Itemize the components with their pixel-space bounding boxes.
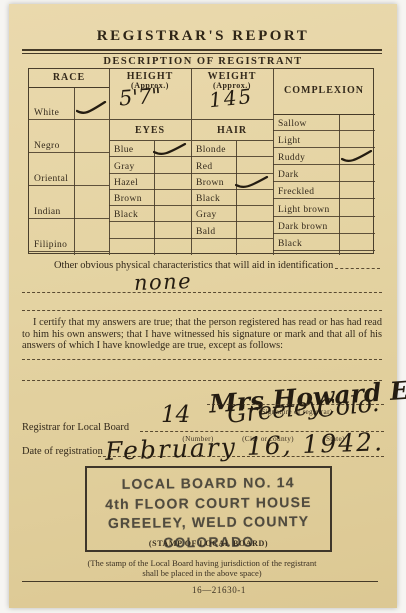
hair-label: Brown: [196, 178, 224, 188]
form-number: 16—21630-1: [39, 585, 399, 595]
board-state-handwriting: Colo.: [316, 389, 381, 423]
hair-row: Bald: [191, 222, 273, 238]
complexion-row: Ruddy: [273, 148, 375, 165]
complexion-row: Dark brown: [273, 217, 375, 234]
hair-label: Gray: [196, 210, 217, 220]
eyes-label: Black: [114, 210, 138, 220]
page-title: REGISTRAR'S REPORT: [9, 28, 397, 45]
hair-row: Brown: [191, 174, 273, 190]
dotted-leader: [335, 268, 380, 269]
race-row: Negro: [29, 120, 109, 153]
eyes-row: Gray: [109, 157, 191, 173]
weight-value-handwriting: 145: [208, 84, 254, 112]
dotted-line: [22, 292, 382, 293]
hair-label: Bald: [196, 227, 216, 237]
complexion-row: Freckled: [273, 182, 375, 199]
double-rule-top: [22, 49, 382, 51]
race-label: Indian: [34, 207, 61, 217]
hair-row: Blonde: [191, 141, 273, 157]
hair-row: Gray: [191, 206, 273, 222]
race-row: Indian: [29, 186, 109, 219]
complexion-label: Ruddy: [278, 153, 305, 163]
stamp-line: 4th FLOOR COURT HOUSE: [87, 492, 330, 514]
eyes-row: [109, 222, 191, 238]
checkmark-icon: [76, 101, 107, 114]
stamp-note: (The stamp of the Local Board having jur…: [22, 559, 382, 578]
complexion-label: Freckled: [278, 187, 314, 197]
race-label: White: [34, 108, 59, 118]
other-characteristics-line: Other obvious physical characteristics t…: [22, 260, 382, 271]
double-rule-bottom: [22, 53, 382, 54]
section-title: DESCRIPTION OF REGISTRANT: [9, 56, 397, 67]
complexion-label: Black: [278, 239, 302, 249]
race-row: White: [29, 87, 109, 120]
hair-header: HAIR: [191, 119, 273, 141]
hair-rows: Blonde Red Brown: [191, 141, 273, 239]
eyes-label: Hazel: [114, 178, 138, 188]
description-table: RACE HEIGHT (Approx.) 5'7" WEIGHT (Appro…: [28, 68, 374, 254]
eyes-label: Gray: [114, 162, 135, 172]
height-value-handwriting: 5'7": [118, 84, 162, 111]
eyes-row: Hazel: [109, 174, 191, 190]
date-handwriting: February 16, 1942.: [105, 427, 385, 466]
race-rows: White Negro Oriental: [29, 87, 109, 252]
board-number-handwriting: 14: [161, 402, 190, 428]
checkmark-icon: [341, 150, 373, 162]
dotted-line: [22, 359, 382, 360]
complexion-row: Sallow: [273, 114, 375, 131]
date-label: Date of registration: [22, 446, 103, 457]
race-label: Oriental: [34, 174, 68, 184]
board-label: Registrar for Local Board: [22, 422, 129, 433]
complexion-row: Light: [273, 131, 375, 148]
checkmark-icon: [153, 143, 187, 155]
stamp-caption: (STAMP OF LOCAL BOARD): [87, 539, 330, 548]
eyes-row: Blue: [109, 141, 191, 157]
race-row: Oriental: [29, 153, 109, 186]
race-label: Negro: [34, 141, 60, 151]
stamp-line: GREELEY, WELD COUNTY: [87, 512, 330, 534]
complexion-row: Light brown: [273, 199, 375, 216]
complexion-label: Light brown: [278, 205, 330, 215]
complexion-label: Light: [278, 136, 301, 146]
hair-label: Blonde: [196, 145, 226, 155]
stamp-note-line2: shall be placed in the above space): [22, 569, 382, 579]
checkmark-icon: [235, 176, 269, 188]
eyes-header: EYES: [109, 119, 191, 141]
eyes-row: Brown: [109, 190, 191, 206]
race-header: RACE: [29, 72, 109, 83]
stamp-line: LOCAL BOARD NO. 14: [87, 473, 330, 495]
eyes-row: Black: [109, 206, 191, 222]
dotted-line: [22, 310, 382, 311]
complexion-rows: Sallow Light Ruddy: [273, 114, 375, 251]
complexion-row: Dark: [273, 165, 375, 182]
hair-label: Black: [196, 194, 220, 204]
complexion-label: Dark brown: [278, 222, 328, 232]
hair-label: Red: [196, 162, 213, 172]
complexion-row: Black: [273, 234, 375, 251]
complexion-label: Sallow: [278, 119, 307, 129]
complexion-header: COMPLEXION: [273, 85, 375, 96]
eyes-label: Brown: [114, 194, 142, 204]
registrar-report-card: REGISTRAR'S REPORT DESCRIPTION OF REGIST…: [9, 4, 397, 608]
hair-row: Red: [191, 157, 273, 173]
eyes-label: Blue: [114, 145, 134, 155]
race-row: Filipino: [29, 219, 109, 252]
complexion-label: Dark: [278, 170, 299, 180]
hair-row: Black: [191, 190, 273, 206]
eyes-rows: Blue Gray Hazel: [109, 141, 191, 239]
certification-text: I certify that my answers are true; that…: [22, 317, 382, 352]
race-label: Filipino: [34, 240, 67, 250]
footer-rule: [22, 581, 378, 582]
stamp-box: LOCAL BOARD NO. 14 4th FLOOR COURT HOUSE…: [85, 466, 332, 552]
